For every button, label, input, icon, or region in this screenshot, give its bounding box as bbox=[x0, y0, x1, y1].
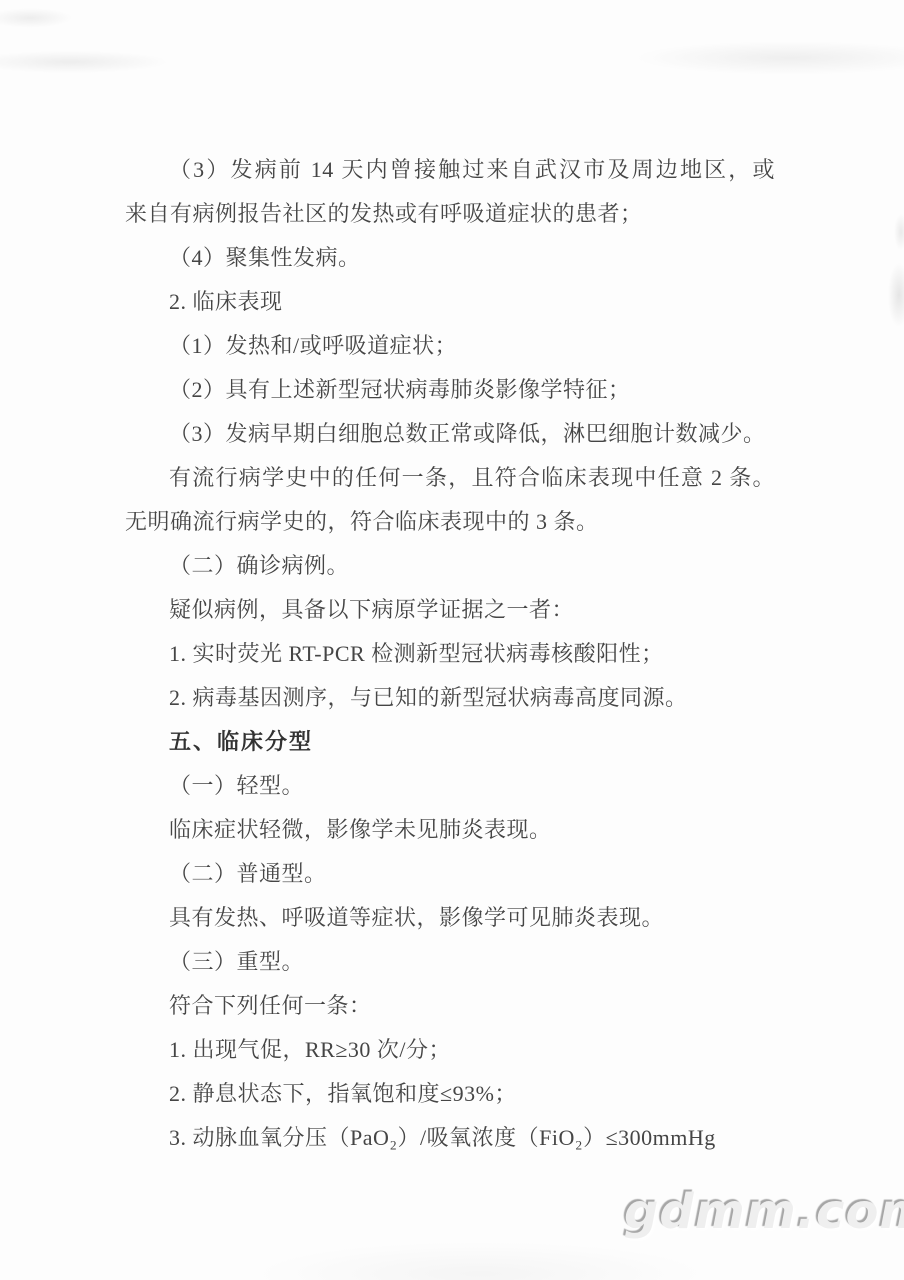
text-line: 有流行病学史中的任何一条，且符合临床表现中任意 2 条。 bbox=[125, 456, 775, 500]
text-line: 符合下列任何一条： bbox=[125, 984, 775, 1028]
text-line: （3）发病早期白细胞总数正常或降低，淋巴细胞计数减少。 bbox=[125, 412, 775, 456]
text-line: （一）轻型。 bbox=[125, 764, 775, 808]
text-line: 2. 病毒基因测序，与已知的新型冠状病毒高度同源。 bbox=[125, 676, 775, 720]
text-line: 疑似病例，具备以下病原学证据之一者： bbox=[125, 588, 775, 632]
text-line: 3. 动脉血氧分压（PaO₂）/吸氧浓度（FiO₂）≤300mmHg bbox=[125, 1116, 775, 1160]
text-line: （二）普通型。 bbox=[125, 852, 775, 896]
section-heading: 五、临床分型 bbox=[125, 720, 775, 764]
text-line: 1. 出现气促，RR≥30 次/分； bbox=[125, 1028, 775, 1072]
text-line: （1）发热和/或呼吸道症状； bbox=[125, 324, 775, 368]
text-line: 来自有病例报告社区的发热或有呼吸道症状的患者； bbox=[125, 192, 775, 236]
text-line: 2. 静息状态下，指氧饱和度≤93%； bbox=[125, 1072, 775, 1116]
watermark: gdmm.com bbox=[624, 1184, 904, 1240]
text-line: （3）发病前 14 天内曾接触过来自武汉市及周边地区，或 bbox=[125, 148, 775, 192]
text-line: （4）聚集性发病。 bbox=[125, 236, 775, 280]
text-line: 临床症状轻微，影像学未见肺炎表现。 bbox=[125, 808, 775, 852]
text-line: （三）重型。 bbox=[125, 940, 775, 984]
text-line: 具有发热、呼吸道等症状，影像学可见肺炎表现。 bbox=[125, 896, 775, 940]
text-line: （2）具有上述新型冠状病毒肺炎影像学特征； bbox=[125, 368, 775, 412]
text-line: （二）确诊病例。 bbox=[125, 544, 775, 588]
scanned-document-page: （3）发病前 14 天内曾接触过来自武汉市及周边地区，或 来自有病例报告社区的发… bbox=[0, 0, 904, 1280]
text-line: 无明确流行病学史的，符合临床表现中的 3 条。 bbox=[125, 500, 775, 544]
text-line: 1. 实时荧光 RT-PCR 检测新型冠状病毒核酸阳性； bbox=[125, 632, 775, 676]
document-text-block: （3）发病前 14 天内曾接触过来自武汉市及周边地区，或 来自有病例报告社区的发… bbox=[125, 148, 775, 1160]
text-line: 2. 临床表现 bbox=[125, 280, 775, 324]
